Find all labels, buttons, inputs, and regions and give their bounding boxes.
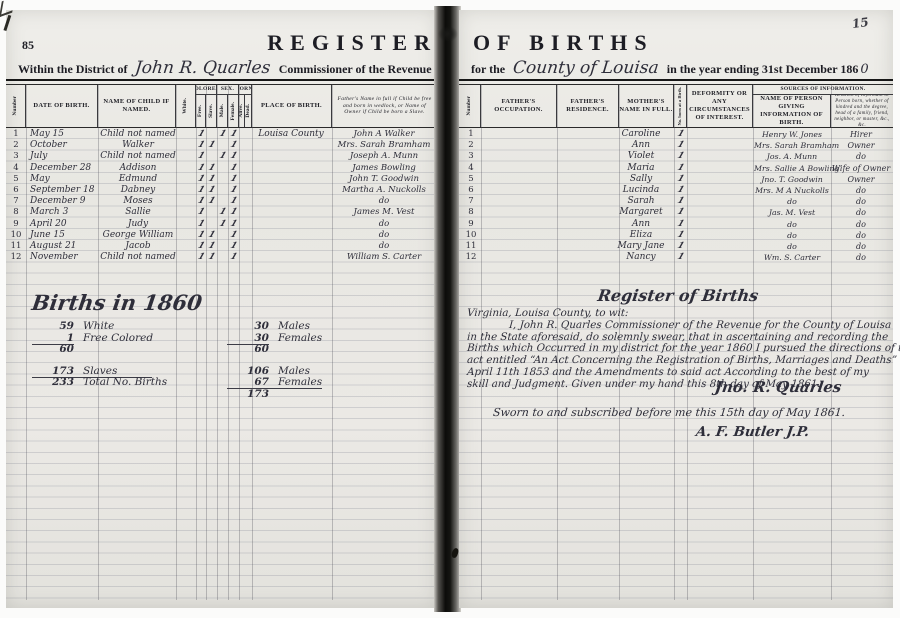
father-or-owner-name: Joseph A. Munn [332,151,436,162]
mother-name: Eliza [609,230,673,241]
father-or-owner-name: John A Walker [332,129,436,140]
father-or-owner-name: do [332,219,436,230]
summary-label: Total No. Births [83,376,167,388]
father-or-owner-name: do [332,196,436,207]
informant-name: Mrs. M A Nuckolls [754,185,830,196]
child-name: Addison [98,163,178,174]
father-occupation [485,140,555,151]
child-name: Edmund [98,174,178,185]
deformity-note [689,230,751,241]
born-dead-tick [237,185,252,196]
number-at-birth-tick: 1 [672,151,689,162]
number-at-birth-tick: 1 [672,252,689,263]
register-scan: 85 REGISTER Within the District of John … [0,0,900,618]
birth-record-row: 4 Maria 1 Mrs. Sallie A Bowling Wife of … [459,163,893,174]
number-at-birth-tick: 1 [672,230,689,241]
district-prefix: Within the District of [18,62,127,77]
informant-relation: do [831,207,891,218]
informant-name: Jno. T. Goodwin [754,174,830,185]
date-of-birth: September 18 [30,185,98,196]
birth-record-row: 5 May Edmund 1 1 1 John T. Goodwin [6,174,437,185]
father-occupation [485,207,555,218]
born-dead-tick [237,151,252,162]
register-title-left: REGISTER [267,30,437,56]
line-number: 1 [8,129,24,140]
informant-name: Mrs. Sarah Bramham [754,140,830,151]
col-date-of-birth: DATE OF BIRTH. [26,85,98,127]
left-table-rows: 1 May 15 Child not named 1 1 1 Louisa Co… [6,129,437,263]
birth-record-row: 8 Margaret 1 Jas. M. Vest do [459,207,893,218]
line-number: 12 [463,252,479,263]
col-born-dead: Dead. [245,95,252,127]
col-name-of-child: NAME OF CHILD IF NAMED. [98,85,176,127]
col-colored-free: Free. [196,95,206,127]
justice-signature: A. F. Butler J.P. [695,424,810,440]
place-of-birth [252,151,330,162]
col-father-or-owner: Father's Name in full if Child be free a… [332,85,437,127]
col-informant-name: NAME OF PERSON GIVING INFORMATION OF BIR… [753,95,831,127]
mother-name: Nancy [609,252,673,263]
year-digit-handwritten: 0 [860,62,868,77]
summary-count: 233 [32,376,74,388]
informant-name: do [754,219,830,230]
col-deformity: DEFORMITY OR ANY CIRCUMSTANCES OF INTERE… [687,85,753,127]
number-at-birth-tick: 1 [672,140,689,151]
date-of-birth: August 21 [30,241,98,252]
summary-label: Slaves [83,365,117,377]
mother-name: Ann [609,140,673,151]
col-group-sources: SOURCES OF INFORMATION. [753,85,893,95]
birth-record-row: 12 Nancy 1 Wm. S. Carter do [459,252,893,263]
informant-relation: Wife of Owner [831,163,891,174]
deformity-note [689,185,751,196]
col-group-born: BORN. [239,85,252,95]
father-or-owner-name: William S. Carter [332,252,436,263]
line-number: 2 [463,140,479,151]
place-of-birth [252,140,330,151]
number-at-birth-tick: 1 [672,207,689,218]
deformity-note [689,140,751,151]
col-number: Number [6,85,26,127]
informant-relation: do [831,196,891,207]
informant-relation: do [831,185,891,196]
col-white: White. [176,85,196,127]
line-number: 6 [8,185,24,196]
line-number: 10 [8,230,24,241]
birth-record-row: 3 July Child not named 1 1 1 Joseph A. M… [6,151,437,162]
summary-count: 173 [227,388,269,400]
col-place-of-birth: PLACE OF BIRTH. [252,85,332,127]
informant-name: Mrs. Sallie A Bowling [754,163,830,174]
number-at-birth-tick: 1 [672,196,689,207]
line-number: 9 [463,219,479,230]
birth-record-row: 4 December 28 Addison 1 1 1 James Bowlin… [6,163,437,174]
right-page: 15 OF BIRTHS for the County of Louisa in… [459,10,893,608]
number-at-birth-tick: 1 [672,163,689,174]
col-mother-name: MOTHER'S NAME IN FULL. [619,85,674,127]
place-of-birth: Louisa County [252,129,330,140]
line-number: 8 [463,207,479,218]
deformity-note [689,163,751,174]
father-or-owner-name: James M. Vest [332,207,436,218]
informant-name: Wm. S. Carter [754,252,830,263]
line-number: 12 [8,252,24,263]
deformity-note [689,151,751,162]
line-number: 7 [463,196,479,207]
commissioner-affidavit: Register of Births Virginia, Louisa Coun… [467,286,889,391]
mother-name: Maria [609,163,673,174]
summary-count: 60 [227,343,269,355]
line-number: 3 [8,151,24,162]
informant-relation: Owner [831,174,891,185]
col-father-occupation: FATHER'S OCCUPATION. [481,85,557,127]
affidavit-title: Register of Births [466,286,891,305]
informant-name: do [754,241,830,252]
birth-record-row: 1 May 15 Child not named 1 1 1 Louisa Co… [6,129,437,140]
summary-row: 233Total No. Births 67Females [32,376,412,388]
summary-label: Males [278,320,310,332]
summary-label: Females [278,376,322,388]
born-dead-tick [237,207,252,218]
summary-title: Births in 1860 [30,290,203,315]
date-of-birth: December 9 [30,196,98,207]
left-page: 85 REGISTER Within the District of John … [6,10,437,608]
date-of-birth: October [30,140,98,151]
mother-name: Lucinda [609,185,673,196]
father-or-owner-name: James Bowling [332,163,436,174]
number-at-birth-tick: 1 [672,241,689,252]
commissioner-signature: Jno. R. Quarles [713,378,842,396]
place-of-birth [252,219,330,230]
line-number: 5 [8,174,24,185]
summary-row: 173Slaves 106Males [32,365,412,377]
informant-name: Jas. M. Vest [754,207,830,218]
birth-record-row: 7 Sarah 1 do do [459,196,893,207]
birth-record-row: 10 Eliza 1 do do [459,230,893,241]
summary-row: 1Free Colored 30Females [32,332,412,344]
deformity-note [689,252,751,263]
date-of-birth: May [30,174,98,185]
col-sex-female: Female. [228,95,239,127]
col-number: Number [459,85,481,127]
line-number: 4 [463,163,479,174]
birth-record-row: 10 June 15 George William 1 1 1 do [6,230,437,241]
line-number: 5 [463,174,479,185]
sworn-statement: Sworn to and subscribed before me this 1… [492,406,845,419]
deformity-note [689,196,751,207]
date-of-birth: May 15 [30,129,98,140]
father-occupation [485,174,555,185]
father-occupation [485,163,555,174]
year-ending-text: in the year ending 31st December 186 [667,62,859,77]
child-name: Child not named [98,151,178,162]
born-dead-tick [237,241,252,252]
informant-relation: Hirer [831,129,891,140]
line-number: 3 [463,151,479,162]
line-number: 11 [463,241,479,252]
place-of-birth [252,185,330,196]
summary-count: 106 [227,365,269,377]
col-father-residence: FATHER'S RESIDENCE. [557,85,619,127]
place-of-birth [252,163,330,174]
summary-count: 30 [227,320,269,332]
county-name-handwritten: County of Louisa [512,58,660,78]
place-of-birth [252,196,330,207]
header-rule [6,79,437,81]
father-or-owner-name: John T. Goodwin [332,174,436,185]
date-of-birth: July [30,151,98,162]
date-of-birth: November [30,252,98,263]
child-name: Judy [98,219,178,230]
col-colored-slave: Slave. [206,95,217,127]
informant-relation: do [831,241,891,252]
born-dead-tick [237,140,252,151]
child-name: Dabney [98,185,178,196]
left-table-header: Number DATE OF BIRTH. NAME OF CHILD IF N… [6,84,437,128]
county-prefix: for the [471,62,505,77]
left-folio-number: 85 [22,38,34,53]
line-number: 1 [463,129,479,140]
district-line: Within the District of John R. Quarles C… [18,58,433,78]
right-folio-number: 15 [851,15,869,31]
father-or-owner-name: do [332,241,436,252]
child-name: Jacob [98,241,178,252]
informant-relation: do [831,252,891,263]
mother-name: Sarah [609,196,673,207]
father-occupation [485,252,555,263]
deformity-note [689,174,751,185]
line-number: 11 [8,241,24,252]
county-line: for the County of Louisa in the year end… [471,58,889,78]
date-of-birth: June 15 [30,230,98,241]
summary-label: White [83,320,114,332]
birth-record-row: 7 December 9 Moses 1 1 1 do [6,196,437,207]
date-of-birth: April 20 [30,219,98,230]
number-at-birth-tick: 1 [672,129,689,140]
born-dead-tick [237,196,252,207]
number-at-birth-tick: 1 [672,174,689,185]
born-dead-tick [237,129,252,140]
number-at-birth-tick: 1 [672,219,689,230]
deformity-note [689,241,751,252]
summary-row: 59White 30Males [32,320,412,332]
header-rule [459,79,893,81]
district-suffix: Commissioner of the Revenue [279,62,432,77]
mother-name: Ann [609,219,673,230]
child-name: Child not named [98,129,178,140]
date-of-birth: March 3 [30,207,98,218]
summary-count: 60 [32,343,74,355]
informant-name: Jos. A. Munn [754,151,830,162]
line-number: 6 [463,185,479,196]
affidavit-line: April 11th 1853 and the Amendments to sa… [467,367,890,379]
informant-relation: do [831,151,891,162]
child-name: George William [98,230,178,241]
father-or-owner-name: Martha A. Nuckolls [332,185,436,196]
father-occupation [485,219,555,230]
col-informant-relation: Relation of Informant to Person born, wh… [831,95,893,127]
father-occupation [485,230,555,241]
summary-row: 173 [32,388,412,400]
place-of-birth [252,252,330,263]
mother-name: Sally [609,174,673,185]
place-of-birth [252,207,330,218]
informant-relation: Owner [831,140,891,151]
informant-name: Henry W. Jones [754,129,830,140]
affidavit-line: I, John R. Quarles Commissioner of the R… [467,320,890,332]
birth-record-row: 5 Sally 1 Jno. T. Goodwin Owner [459,174,893,185]
line-number: 8 [8,207,24,218]
ink-smudge [438,26,458,42]
birth-record-row: 9 Ann 1 do do [459,219,893,230]
book-binding [434,6,461,612]
father-or-owner-name: Mrs. Sarah Bramham [332,140,436,151]
informant-relation: do [831,219,891,230]
place-of-birth [252,241,330,252]
birth-record-row: 9 April 20 Judy 1 1 1 do [6,219,437,230]
mother-name: Caroline [609,129,673,140]
birth-record-row: 6 Lucinda 1 Mrs. M A Nuckolls do [459,185,893,196]
mother-name: Mary Jane [609,241,673,252]
birth-record-row: 6 September 18 Dabney 1 1 1 Martha A. Nu… [6,185,437,196]
birth-record-row: 12 November Child not named 1 1 1 Willia… [6,252,437,263]
right-table-header: Number FATHER'S OCCUPATION. FATHER'S RES… [459,84,893,128]
father-or-owner-name: do [332,230,436,241]
child-name: Moses [98,196,178,207]
right-table-rows: 1 Caroline 1 Henry W. Jones Hirer 2 Ann … [459,129,893,263]
informant-name: do [754,230,830,241]
summary-row: 60 60 [32,343,412,355]
born-dead-tick [237,174,252,185]
register-title-right: OF BIRTHS [473,30,654,56]
informant-name: do [754,196,830,207]
child-name: Child not named [98,252,178,263]
deformity-note [689,219,751,230]
birth-record-row: 8 March 3 Sallie 1 1 1 James M. Vest [6,207,437,218]
birth-record-row: 2 October Walker 1 1 1 Mrs. Sarah Bramha… [6,140,437,151]
summary-label: Females [278,332,322,345]
district-name-handwritten: John R. Quarles [134,58,271,78]
mother-name: Violet [609,151,673,162]
summary-rows: 59White 30Males 1Free Colored 30Females … [32,320,412,400]
place-of-birth [252,174,330,185]
col-sex-male: Male. [217,95,228,127]
deformity-note [689,207,751,218]
child-name: Sallie [98,207,178,218]
father-occupation [485,185,555,196]
father-occupation [485,241,555,252]
birth-record-row: 2 Ann 1 Mrs. Sarah Bramham Owner [459,140,893,151]
father-occupation [485,129,555,140]
line-number: 7 [8,196,24,207]
deformity-note [689,129,751,140]
child-name: Walker [98,140,178,151]
date-of-birth: December 28 [30,163,98,174]
father-occupation [485,151,555,162]
mother-name: Margaret [609,207,673,218]
birth-record-row: 3 Violet 1 Jos. A. Munn do [459,151,893,162]
birth-totals-summary: Births in 1860 59White 30Males 1Free Col… [32,290,412,400]
line-number: 2 [8,140,24,151]
born-dead-tick [237,230,252,241]
summary-label: Males [278,365,310,377]
birth-record-row: 11 Mary Jane 1 do do [459,241,893,252]
summary-count: 173 [32,365,74,377]
line-number: 9 [8,219,24,230]
birth-record-row: 1 Caroline 1 Henry W. Jones Hirer [459,129,893,140]
col-number-at-birth: No. born at a Birth. [674,85,687,127]
number-at-birth-tick: 1 [672,185,689,196]
line-number: 4 [8,163,24,174]
line-number: 10 [463,230,479,241]
place-of-birth [252,230,330,241]
summary-count: 59 [32,320,74,332]
informant-relation: do [831,230,891,241]
father-occupation [485,196,555,207]
birth-record-row: 11 August 21 Jacob 1 1 1 do [6,241,437,252]
summary-count: 67 [227,376,269,388]
born-dead-tick [237,252,252,263]
